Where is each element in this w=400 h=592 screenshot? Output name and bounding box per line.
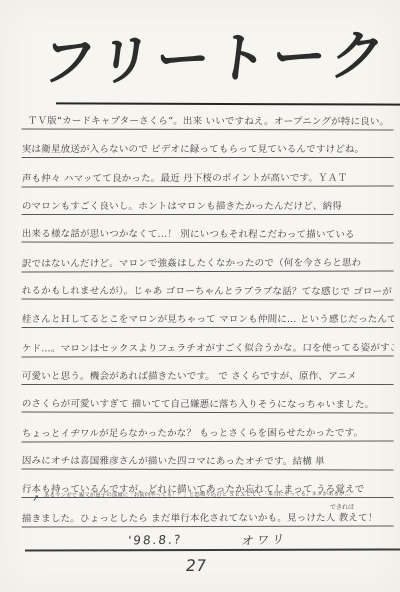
handwritten-line: 桂さんとＨしてるとこをマロンが見ちゃって マロンも仲間に… という感じだったんで…	[22, 300, 395, 328]
page-title: フリートーク	[36, 12, 400, 105]
handwritten-line: のマロンもすごく良いし。ホントはマロンも描きたかったんだけど、納得	[22, 187, 395, 215]
handwritten-line: 声も仲々 ハマッてて良かった。最近 丹下桜のポイントが高いです。ＹＡＴ	[22, 158, 395, 187]
date-text: '98.8.?	[127, 533, 183, 548]
handwritten-line: 訳ではないんだけど。マロンで強姦はしたくなかったので（何を今さらと思わ	[22, 243, 395, 272]
handwritten-line: 出来る様な話が思いつかなくて…！ 別にいつもそれ程こだわって描いている	[21, 215, 394, 244]
handwritten-line: ちょっとイヂワルが足らなかったかな？ もっとさくらを困らせたかったです。	[22, 413, 395, 442]
handwritten-line: ＴＶ版“カードキャプターさくら”。出来 いいですねえ。オープニングが特に良い。	[21, 102, 394, 131]
signature-text: オワリ	[240, 530, 288, 549]
handwritten-line: 実は衛星放送が入らないので ビデオに録ってもらって見ているんですけどね。	[22, 130, 395, 158]
interline-note-small: できれば	[330, 502, 354, 511]
handwritten-line: 可愛いと思う。機会があれば描きたいです。 で さくらですが、原作、アニメ	[22, 357, 395, 385]
handwritten-line: 因みにオチは喜国雅彦さんが描いた四コマにあったオチです。結構 単	[21, 442, 394, 471]
interline-note: あるマンガで 親父が息子の部屋に「お前何やってる！？」と怒鳴り込むと ＳＥＸして…	[44, 489, 374, 499]
scanned-page: フリートーク ＴＶ版“カードキャプターさくら”。出来 いいですねえ。オープニング…	[0, 0, 400, 592]
handwritten-body: ＴＶ版“カードキャプターさくら”。出来 いいですねえ。オープニングが特に良い。 …	[22, 102, 394, 527]
handwritten-line: ケド…。マロンはセックスよりフェラチオがすごく似合うかな。口を使ってる姿がすごく	[22, 328, 395, 357]
handwritten-line: のさくらが可愛いすぎて 描いてて自己嫌悪に落ち入りそうになっちゃいました。	[21, 385, 394, 414]
insertion-arrow-icon: ↗	[31, 493, 40, 504]
page-number: 27	[0, 556, 393, 575]
handwritten-line: れるかもしれませんが）。じゃあ ゴローちゃんとラブラブな話？てな感じで ゴローが	[21, 272, 394, 301]
